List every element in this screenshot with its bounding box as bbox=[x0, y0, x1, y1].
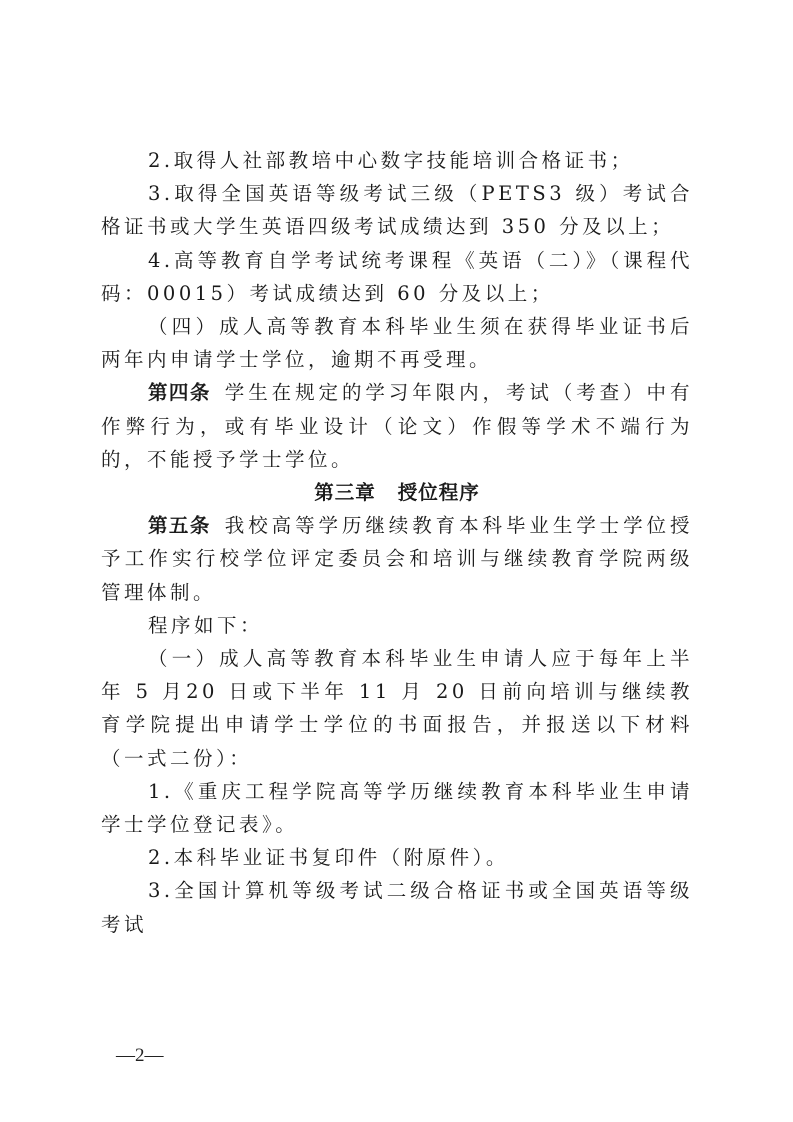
text-line: 大学生英语四级考试成绩达到 350 分及以上； bbox=[193, 215, 674, 238]
document-page: 2.取得人社部教培中心数字技能培训合格证书； 3.取得全国英语等级考试三级（PE… bbox=[0, 0, 793, 1122]
text-line: 行为，或有毕业设计（论文）作假等学术不端行为的，不能授予 bbox=[101, 415, 693, 471]
procedure-step-1: （一）成人高等教育本科毕业生申请人应于每年上半年 5 月20 日或下半年 11 … bbox=[101, 642, 693, 775]
list-item-3: 3.取得全国英语等级考试三级（PETS3 级）考试合格证书或大学生英语四级考试成… bbox=[101, 177, 693, 243]
text-line: 00015）考试成绩达到 60 分及以上； bbox=[147, 282, 554, 305]
chapter-number: 第三章 bbox=[314, 481, 376, 504]
material-item-2: 2.本科毕业证书复印件（附原件）。 bbox=[101, 841, 693, 874]
document-body: 2.取得人社部教培中心数字技能培训合格证书； 3.取得全国英语等级考试三级（PE… bbox=[101, 144, 693, 941]
article-heading: 第五条 bbox=[148, 514, 211, 537]
chapter-heading: 第三章授位程序 bbox=[101, 476, 693, 509]
page-number: —2— bbox=[116, 1045, 164, 1067]
text-line: 申请学士学位，逾期不再受理。 bbox=[170, 348, 492, 371]
text-line: 位登记表》。 bbox=[170, 813, 298, 836]
text-line: 程序如下： bbox=[148, 614, 263, 637]
material-item-3: 3.全国计算机等级考试二级合格证书或全国英语等级考试 bbox=[101, 874, 693, 940]
chapter-title: 授位程序 bbox=[398, 481, 480, 504]
material-item-1: 1.《重庆工程学院高等学历继续教育本科毕业生申请学士学位登记表》。 bbox=[101, 775, 693, 841]
clause-4-subsection: （四）成人高等教育本科毕业生须在获得毕业证书后两年内申请学士学位，逾期不再受理。 bbox=[101, 310, 693, 376]
text-line: 2.取得人社部教培中心数字技能培训合格证书； bbox=[101, 144, 693, 177]
article-heading: 第四条 bbox=[148, 381, 211, 404]
text-line: 制。 bbox=[170, 581, 216, 604]
list-item-4: 4.高等教育自学考试统考课程《英语（二）》（课程代码：00015）考试成绩达到 … bbox=[101, 244, 693, 310]
text-line: 3.全国计算机等级考试二级合格证书或全国英语等级考试 bbox=[101, 879, 693, 935]
text-line: 学士学位。 bbox=[239, 448, 354, 471]
list-item-2: 2.取得人社部教培中心数字技能培训合格证书； bbox=[101, 144, 693, 177]
article-5: 第五条我校高等学历继续教育本科毕业生学士学位授予工作实行校学位评定委员会和培训与… bbox=[101, 509, 693, 609]
text-line: 2.本科毕业证书复印件（附原件）。 bbox=[148, 846, 509, 869]
procedure-intro: 程序如下： bbox=[101, 609, 693, 642]
article-4: 第四条学生在规定的学习年限内，考试（考查）中有作弊行为，或有毕业设计（论文）作假… bbox=[101, 376, 693, 476]
